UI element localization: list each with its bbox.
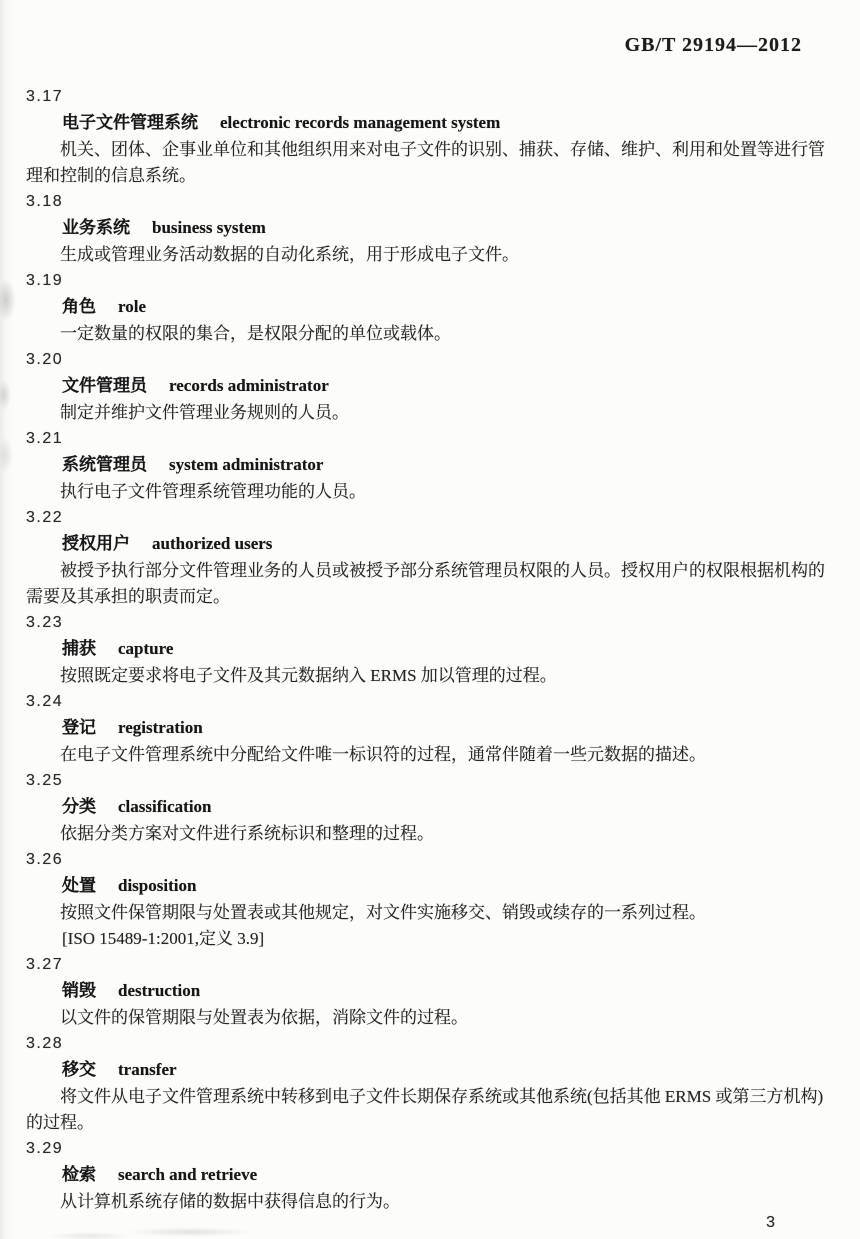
term-line: 移交 transfer — [62, 1057, 832, 1084]
term-section: 3.20 文件管理员 records administrator 制定并维护文件… — [26, 347, 832, 426]
term-definition: 按照文件保管期限与处置表或其他规定，对文件实施移交、销毁或续存的一系列过程。 — [26, 900, 832, 926]
term-section: 3.22 授权用户 authorized users 被授予执行部分文件管理业务… — [26, 505, 832, 610]
term-english: system administrator — [169, 455, 323, 474]
term-definition: 机关、团体、企事业单位和其他组织用来对电子文件的识别、捕获、存储、维护、利用和处… — [26, 137, 832, 189]
page-number: 3 — [766, 1214, 775, 1232]
term-english: capture — [118, 639, 173, 658]
term-definition: 以文件的保管期限与处置表为依据，消除文件的过程。 — [26, 1005, 832, 1031]
section-number: 3.20 — [26, 347, 832, 373]
term-line: 角色 role — [62, 294, 832, 321]
term-english: registration — [118, 718, 203, 737]
term-chinese: 检索 — [62, 1165, 96, 1184]
term-section: 3.21 系统管理员 system administrator 执行电子文件管理… — [26, 426, 832, 505]
term-section: 3.26 处置 disposition 按照文件保管期限与处置表或其他规定，对文… — [26, 847, 832, 952]
term-definition: 制定并维护文件管理业务规则的人员。 — [26, 400, 832, 426]
term-chinese: 电子文件管理系统 — [62, 113, 198, 132]
term-chinese: 文件管理员 — [62, 376, 147, 395]
section-number: 3.28 — [26, 1031, 832, 1057]
section-number: 3.24 — [26, 689, 832, 715]
term-section: 3.25 分类 classification 依据分类方案对文件进行系统标识和整… — [26, 768, 832, 847]
term-line: 捕获 capture — [62, 636, 832, 663]
term-definition: 按照既定要求将电子文件及其元数据纳入 ERMS 加以管理的过程。 — [26, 663, 832, 689]
section-number: 3.29 — [26, 1136, 832, 1162]
term-english: business system — [152, 218, 266, 237]
standard-code: GB/T 29194—2012 — [625, 34, 802, 56]
term-section: 3.23 捕获 capture 按照既定要求将电子文件及其元数据纳入 ERMS … — [26, 610, 832, 689]
section-number: 3.19 — [26, 268, 832, 294]
term-definition: 依据分类方案对文件进行系统标识和整理的过程。 — [26, 821, 832, 847]
term-line: 授权用户 authorized users — [62, 531, 832, 558]
term-english: destruction — [118, 981, 200, 1000]
term-definition: 从计算机系统存储的数据中获得信息的行为。 — [26, 1189, 832, 1215]
term-english: electronic records management system — [220, 113, 500, 132]
term-section: 3.19 角色 role 一定数量的权限的集合，是权限分配的单位或载体。 — [26, 268, 832, 347]
term-line: 销毁 destruction — [62, 978, 832, 1005]
term-line: 业务系统 business system — [62, 215, 832, 242]
term-english: role — [118, 297, 146, 316]
term-line: 系统管理员 system administrator — [62, 452, 832, 479]
term-section: 3.17 电子文件管理系统 electronic records managem… — [26, 84, 832, 189]
term-chinese: 处置 — [62, 876, 96, 895]
term-english: records administrator — [169, 376, 329, 395]
term-definition: 一定数量的权限的集合，是权限分配的单位或载体。 — [26, 321, 832, 347]
section-number: 3.21 — [26, 426, 832, 452]
term-english: authorized users — [152, 534, 272, 553]
term-english: classification — [118, 797, 212, 816]
term-english: transfer — [118, 1060, 177, 1079]
term-chinese: 捕获 — [62, 639, 96, 658]
term-chinese: 销毁 — [62, 981, 96, 1000]
section-number: 3.23 — [26, 610, 832, 636]
section-number: 3.27 — [26, 952, 832, 978]
term-definition: 将文件从电子文件管理系统中转移到电子文件长期保存系统或其他系统(包括其他 ERM… — [26, 1084, 832, 1136]
term-line: 处置 disposition — [62, 873, 832, 900]
term-english: search and retrieve — [118, 1165, 257, 1184]
section-number: 3.22 — [26, 505, 832, 531]
term-section: 3.24 登记 registration 在电子文件管理系统中分配给文件唯一标识… — [26, 689, 832, 768]
term-line: 登记 registration — [62, 715, 832, 742]
section-number: 3.25 — [26, 768, 832, 794]
document-header: GB/T 29194—2012 — [0, 0, 860, 57]
document-page: GB/T 29194—2012 3.17 电子文件管理系统 electronic… — [0, 0, 860, 1239]
term-definition: 执行电子文件管理系统管理功能的人员。 — [26, 479, 832, 505]
term-chinese: 分类 — [62, 797, 96, 816]
term-chinese: 业务系统 — [62, 218, 130, 237]
terms-content: 3.17 电子文件管理系统 electronic records managem… — [0, 84, 860, 1215]
section-number: 3.18 — [26, 189, 832, 215]
term-chinese: 系统管理员 — [62, 455, 147, 474]
term-line: 文件管理员 records administrator — [62, 373, 832, 400]
term-definition: 在电子文件管理系统中分配给文件唯一标识符的过程，通常伴随着一些元数据的描述。 — [26, 742, 832, 768]
term-chinese: 登记 — [62, 718, 96, 737]
source-note: [ISO 15489-1:2001,定义 3.9] — [62, 926, 832, 952]
term-chinese: 角色 — [62, 297, 96, 316]
term-line: 分类 classification — [62, 794, 832, 821]
term-chinese: 移交 — [62, 1060, 96, 1079]
term-chinese: 授权用户 — [62, 534, 130, 553]
term-definition: 被授予执行部分文件管理业务的人员或被授予部分系统管理员权限的人员。授权用户的权限… — [26, 558, 832, 610]
term-section: 3.18 业务系统 business system 生成或管理业务活动数据的自动… — [26, 189, 832, 268]
section-number: 3.26 — [26, 847, 832, 873]
section-number: 3.17 — [26, 84, 832, 110]
term-section: 3.29 检索 search and retrieve 从计算机系统存储的数据中… — [26, 1136, 832, 1215]
term-section: 3.28 移交 transfer 将文件从电子文件管理系统中转移到电子文件长期保… — [26, 1031, 832, 1136]
term-definition: 生成或管理业务活动数据的自动化系统，用于形成电子文件。 — [26, 242, 832, 268]
term-line: 检索 search and retrieve — [62, 1162, 832, 1189]
term-english: disposition — [118, 876, 196, 895]
term-section: 3.27 销毁 destruction 以文件的保管期限与处置表为依据，消除文件… — [26, 952, 832, 1031]
term-line: 电子文件管理系统 electronic records management s… — [62, 110, 832, 137]
